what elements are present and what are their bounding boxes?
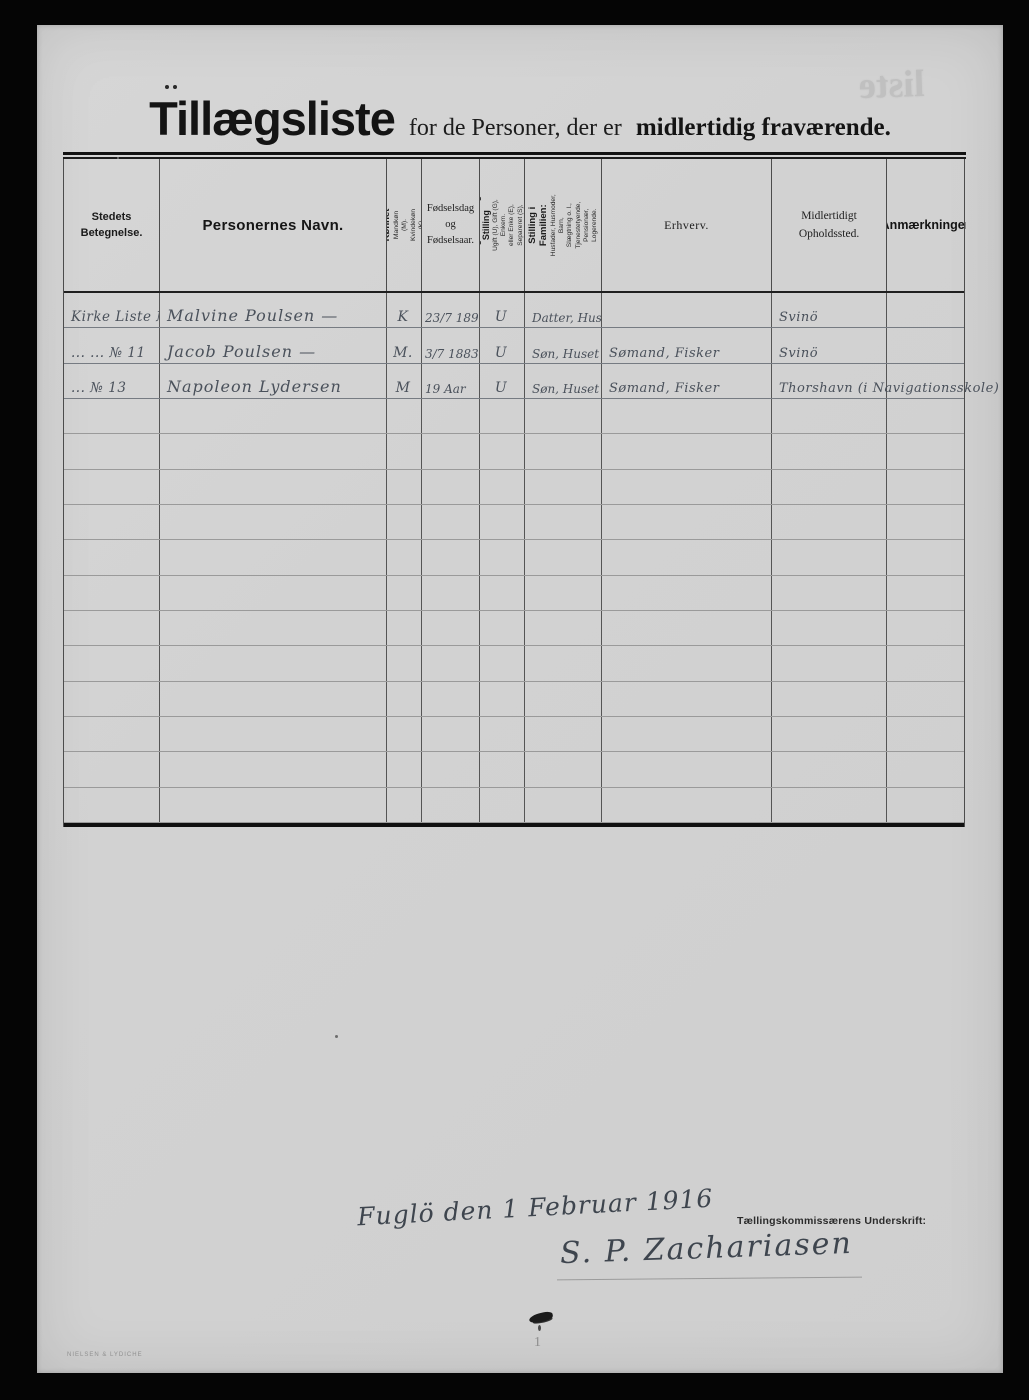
header-aegteskab-sub: Ugift (U), Gift (G), Enkem. eller Enke (… [492, 196, 524, 255]
cell-ophold: Svinö [771, 293, 886, 327]
cell-anm [886, 788, 966, 822]
cell-aegteskab [479, 470, 524, 504]
cell-erhverv [601, 576, 771, 610]
cell-erhverv [601, 470, 771, 504]
header-stilling-main: Stilling i Familien: [527, 187, 549, 263]
title-divider-rule [63, 152, 966, 159]
cell-aegteskab [479, 682, 524, 716]
cell-anm [886, 682, 966, 716]
cell-sted [64, 399, 159, 433]
cell-ophold [771, 646, 886, 680]
cell-anm [886, 576, 966, 610]
cell-aegteskab [479, 717, 524, 751]
cell-sted [64, 682, 159, 716]
cell-erhverv [601, 788, 771, 822]
cell-navn [159, 505, 386, 539]
cell-koen [386, 717, 421, 751]
cell-sted [64, 752, 159, 786]
cell-anm [886, 752, 966, 786]
cell-foedsel [421, 646, 479, 680]
cell-navn: Napoleon Lydersen [159, 364, 386, 398]
cell-stilling: Søn, Huset [524, 364, 601, 398]
cell-sted [64, 646, 159, 680]
cell-erhverv: Sømand, Fisker [601, 364, 771, 398]
cell-stilling [524, 434, 601, 468]
scan-speck [335, 1035, 338, 1038]
table-row [64, 717, 964, 752]
printer-mark: NIELSEN & LYDICHE [67, 1352, 143, 1358]
cell-foedsel [421, 505, 479, 539]
cell-koen [386, 752, 421, 786]
cell-ophold [771, 788, 886, 822]
table-row [64, 752, 964, 787]
cell-foedsel: 23/7 1891 [421, 293, 479, 327]
cell-aegteskab [479, 399, 524, 433]
cell-erhverv [601, 646, 771, 680]
cell-sted [64, 505, 159, 539]
cell-koen [386, 646, 421, 680]
cell-stilling [524, 682, 601, 716]
cell-aegteskab [479, 646, 524, 680]
header-koennet-main: Kønnet [386, 208, 392, 242]
cell-koen [386, 576, 421, 610]
cell-stilling [524, 576, 601, 610]
cell-navn [159, 470, 386, 504]
cell-navn [159, 717, 386, 751]
cell-erhverv [601, 611, 771, 645]
table-row [64, 682, 964, 717]
header-personernes-navn: Personernes Navn. [159, 159, 386, 291]
cell-navn [159, 682, 386, 716]
table-row [64, 399, 964, 434]
cell-anm [886, 470, 966, 504]
cell-koen [386, 611, 421, 645]
cell-navn [159, 646, 386, 680]
ink-dots-artifact [165, 85, 179, 89]
cell-ophold [771, 717, 886, 751]
cell-erhverv [601, 505, 771, 539]
cell-stilling [524, 540, 601, 574]
cell-anm [886, 717, 966, 751]
cell-sted [64, 470, 159, 504]
table-row [64, 470, 964, 505]
cell-erhverv [601, 540, 771, 574]
cell-ophold [771, 682, 886, 716]
cell-navn: Malvine Poulsen — [159, 293, 386, 327]
cell-ophold [771, 611, 886, 645]
cell-sted [64, 540, 159, 574]
table-row [64, 646, 964, 681]
cell-stilling [524, 611, 601, 645]
cell-anm [886, 505, 966, 539]
ink-blot-artifact [528, 1311, 553, 1325]
title-subtext: for de Personer, der er [409, 115, 622, 142]
header-midlertidigt-opholdssted: Midlertidigt Opholdssted. [771, 159, 886, 291]
header-koennet: Kønnet Mandkøn (M). Kvindekøn (K) [386, 159, 421, 291]
cell-sted [64, 611, 159, 645]
cell-anm [886, 399, 966, 433]
cell-foedsel [421, 682, 479, 716]
cell-navn [159, 752, 386, 786]
cell-ophold [771, 505, 886, 539]
cell-foedsel [421, 611, 479, 645]
cell-erhverv [601, 434, 771, 468]
cell-stilling [524, 788, 601, 822]
cell-stilling [524, 399, 601, 433]
cell-foedsel [421, 788, 479, 822]
cell-ophold [771, 752, 886, 786]
cell-erhverv [601, 682, 771, 716]
ink-drip-artifact [538, 1325, 541, 1331]
cell-sted [64, 717, 159, 751]
cell-navn: Jacob Poulsen — [159, 328, 386, 362]
table-row [64, 540, 964, 575]
commissioner-signature-label: Tællingskommissærens Underskrift: [737, 1215, 926, 1227]
cell-foedsel [421, 399, 479, 433]
cell-ophold: Svinö [771, 328, 886, 362]
cell-navn [159, 434, 386, 468]
cell-anm [886, 611, 966, 645]
cell-anm [886, 646, 966, 680]
header-koennet-sub: Mandkøn (M). Kvindekøn (K) [393, 208, 421, 242]
table-row [64, 505, 964, 540]
cell-stilling: Søn, Huset [524, 328, 601, 362]
title-word: Tillægsliste [149, 91, 395, 146]
cell-sted: ... ... № 11 [64, 328, 159, 362]
header-anmaerkninger: Anmærkninger. [886, 159, 966, 291]
cell-erhverv [601, 752, 771, 786]
cell-stilling: Datter, Hus [524, 293, 601, 327]
cell-foedsel [421, 434, 479, 468]
cell-koen [386, 470, 421, 504]
cell-stilling [524, 752, 601, 786]
cell-aegteskab [479, 611, 524, 645]
cell-navn [159, 576, 386, 610]
scan-background: liste Tillægsliste for de Personer, der … [0, 0, 1029, 1400]
cell-aegteskab [479, 434, 524, 468]
cell-ophold [771, 434, 886, 468]
page-number: 1 [534, 1335, 541, 1351]
cell-stilling [524, 470, 601, 504]
cell-sted [64, 434, 159, 468]
cell-stilling [524, 717, 601, 751]
cell-sted: Kirke Liste № 10 [64, 293, 159, 327]
header-stedets-betegnelse: Stedets Betegnelse. [64, 159, 159, 291]
table-row [64, 576, 964, 611]
cell-erhverv [601, 293, 771, 327]
document-sheet: liste Tillægsliste for de Personer, der … [37, 25, 1003, 1373]
cell-navn [159, 399, 386, 433]
census-table: Stedets Betegnelse. Personernes Navn. Kø… [63, 159, 965, 827]
cell-navn [159, 788, 386, 822]
cell-aegteskab [479, 540, 524, 574]
table-row: Kirke Liste № 10Malvine Poulsen —K23/7 1… [64, 293, 964, 328]
cell-navn [159, 611, 386, 645]
cell-koen [386, 399, 421, 433]
table-bottom-rule [64, 823, 964, 827]
table-row: ... № 13Napoleon LydersenM19 AarUSøn, Hu… [64, 364, 964, 399]
cell-sted: ... № 13 [64, 364, 159, 398]
cell-ophold: Thorshavn (i Navigationsskole) [771, 364, 886, 398]
cell-foedsel [421, 540, 479, 574]
cell-foedsel: 19 Aar [421, 364, 479, 398]
signature-line [557, 1277, 862, 1281]
cell-koen: M. [386, 328, 421, 362]
header-foedselsdag: Fødselsdag og Fødselsaar. [421, 159, 479, 291]
cell-foedsel [421, 752, 479, 786]
cell-erhverv [601, 717, 771, 751]
title-emphasis: midlertidig fraværende. [636, 114, 891, 142]
scan-speck [117, 157, 119, 159]
cell-aegteskab [479, 752, 524, 786]
cell-aegteskab: U [479, 364, 524, 398]
header-erhverv: Erhverv. [601, 159, 771, 291]
table-header-row: Stedets Betegnelse. Personernes Navn. Kø… [64, 159, 964, 293]
cell-foedsel [421, 470, 479, 504]
cell-erhverv: Sømand, Fisker [601, 328, 771, 362]
cell-anm [886, 328, 966, 362]
cell-aegteskab [479, 576, 524, 610]
table-row [64, 788, 964, 823]
place-date-handwriting: Fuglö den 1 Februar 1916 [356, 1184, 713, 1232]
cell-foedsel [421, 717, 479, 751]
cell-aegteskab [479, 788, 524, 822]
cell-koen [386, 434, 421, 468]
cell-koen [386, 788, 421, 822]
cell-koen [386, 540, 421, 574]
cell-ophold [771, 470, 886, 504]
cell-ophold [771, 576, 886, 610]
cell-aegteskab [479, 505, 524, 539]
table-row: ... ... № 11Jacob Poulsen —M.3/7 1883USø… [64, 328, 964, 363]
header-stilling-i-familien: Stilling i Familien: Husfader, Husmoder,… [524, 159, 601, 291]
cell-koen: K [386, 293, 421, 327]
table-row [64, 434, 964, 469]
cell-aegteskab: U [479, 328, 524, 362]
table-row [64, 611, 964, 646]
cell-anm [886, 293, 966, 327]
header-aegteskab-main: Ægteskabelig Stilling [479, 196, 491, 255]
commissioner-signature-handwriting: S. P. Zachariasen [559, 1226, 853, 1271]
cell-aegteskab: U [479, 293, 524, 327]
cell-navn [159, 540, 386, 574]
page-title: Tillægsliste for de Personer, der er mid… [37, 91, 1003, 146]
cell-foedsel [421, 576, 479, 610]
cell-sted [64, 788, 159, 822]
cell-ophold [771, 399, 886, 433]
header-aegteskabelig-stilling: Ægteskabelig Stilling Ugift (U), Gift (G… [479, 159, 524, 291]
cell-stilling [524, 646, 601, 680]
cell-ophold [771, 540, 886, 574]
cell-stilling [524, 505, 601, 539]
header-stilling-sub: Husfader, Husmoder, Barn, Slægtning o. l… [550, 187, 599, 263]
cell-koen: M [386, 364, 421, 398]
cell-koen [386, 682, 421, 716]
cell-sted [64, 576, 159, 610]
table-body: Kirke Liste № 10Malvine Poulsen —K23/7 1… [64, 293, 964, 823]
cell-foedsel: 3/7 1883 [421, 328, 479, 362]
cell-erhverv [601, 399, 771, 433]
cell-anm [886, 434, 966, 468]
cell-koen [386, 505, 421, 539]
cell-anm [886, 540, 966, 574]
